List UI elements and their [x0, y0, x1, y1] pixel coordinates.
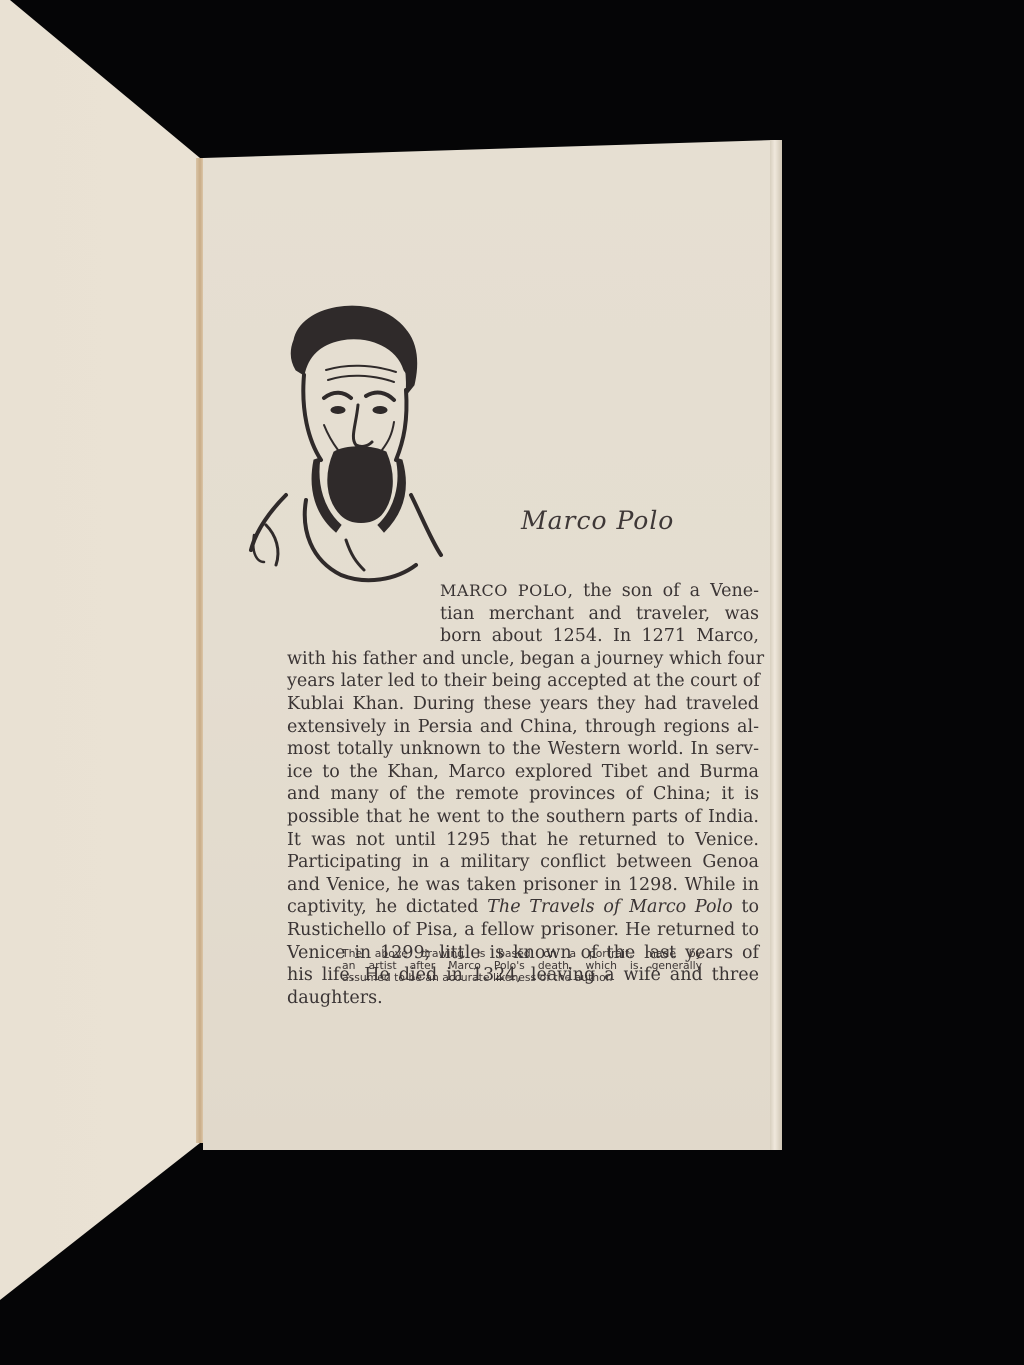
- body-line: tian merchant and traveler, was: [440, 603, 759, 626]
- body-line: Rustichello of Pisa, a fellow prisoner. …: [287, 919, 759, 942]
- body-line: most totally unknown to the Western worl…: [287, 738, 759, 761]
- body-line: with his father and uncle, began a journ…: [287, 648, 759, 671]
- body-line: Kublai Khan. During these years they had…: [287, 693, 759, 716]
- body-line: born about 1254. In 1271 Marco,: [440, 625, 759, 648]
- body-line: It was not until 1295 that he returned t…: [287, 829, 759, 852]
- body-line: possible that he went to the southern pa…: [287, 806, 759, 829]
- body-line: extensively in Persia and China, through…: [287, 716, 759, 739]
- book-title-italic: The Travels of Marco Polo: [487, 897, 732, 917]
- caption-line: assumed to be an accurate likeness of th…: [342, 972, 702, 984]
- body-line: MARCO POLO, the son of a Vene-: [440, 580, 759, 603]
- lead-name-smallcaps: MARCO POLO: [440, 581, 568, 600]
- biography-paragraph: MARCO POLO, the son of a Vene- tian merc…: [287, 580, 759, 1009]
- page-title: Marco Polo: [521, 506, 674, 535]
- body-line: Participating in a military conflict bet…: [287, 851, 759, 874]
- portrait-caption: The above drawing is based on a portrait…: [342, 948, 702, 984]
- body-line: and Venice, he was taken prisoner in 129…: [287, 874, 759, 897]
- body-line: ice to the Khan, Marco explored Tibet an…: [287, 761, 759, 784]
- page-stack-edge: [770, 140, 782, 1150]
- portrait-illustration-icon: [246, 300, 446, 600]
- body-line: daughters.: [287, 987, 759, 1010]
- body-line: captivity, he dictated The Travels of Ma…: [287, 896, 759, 919]
- book-spine-gutter: [196, 158, 204, 1143]
- body-line: years later led to their being accepted …: [287, 670, 759, 693]
- body-line: and many of the remote provinces of Chin…: [287, 783, 759, 806]
